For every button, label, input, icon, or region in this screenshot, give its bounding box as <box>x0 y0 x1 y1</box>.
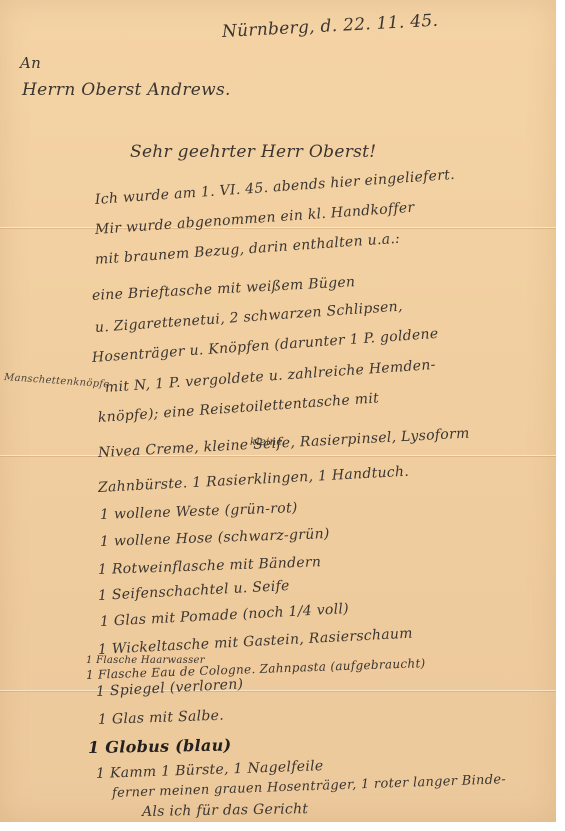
address-line-1: An <box>20 54 41 72</box>
body-line: 1 Glas mit Salbe. <box>98 708 225 728</box>
margin-note: Manschettenknöpfe <box>4 372 110 390</box>
body-line: 1 Wickeltasche mit Gastein, Rasierschaum <box>98 626 414 658</box>
body-line: 1 Seifenschachtel u. Seife <box>98 578 290 604</box>
body-line: 1 Globus (blau) <box>88 735 232 757</box>
paper-fold <box>0 227 556 228</box>
body-line: 1 Glas mit Pomade (noch 1/4 voll) <box>100 601 350 630</box>
body-line: Als ich für das Gericht <box>142 801 309 820</box>
body-line: mit braunem Bezug, darin enthalten u.a.: <box>94 231 400 268</box>
paper-fold <box>0 690 556 691</box>
place-date: Nürnberg, d. 22. 11. 45. <box>221 11 438 42</box>
body-line: mit N, 1 P. vergoldete u. zahlreiche Hem… <box>104 357 436 396</box>
body-line: u. Zigarettenetui, 2 schwarzen Schlipsen… <box>94 299 403 336</box>
body-line: knöpfe); eine Reisetoilettentasche mit <box>97 390 379 426</box>
body-line: 1 wollene Hose (schwarz-grün) <box>100 526 330 550</box>
body-line: eine Brieftasche mit weißem Bügen <box>92 274 356 304</box>
salutation: Sehr geehrter Herr Oberst! <box>130 142 376 162</box>
address-line-2: Herrn Oberst Andrews. <box>22 80 231 100</box>
letter-paper: Nürnberg, d. 22. 11. 45. An Herrn Oberst… <box>0 0 556 822</box>
paper-fold <box>0 455 556 456</box>
body-line: 1 Rotweinflasche mit Bändern <box>98 554 322 578</box>
body-line: 1 Kamm 1 Bürste, 1 Nagelfeile <box>96 758 324 782</box>
body-line: 1 wollene Weste (grün-rot) <box>100 500 298 523</box>
body-line: Zahnbürste. 1 Rasierklingen, 1 Handtuch. <box>98 464 410 496</box>
